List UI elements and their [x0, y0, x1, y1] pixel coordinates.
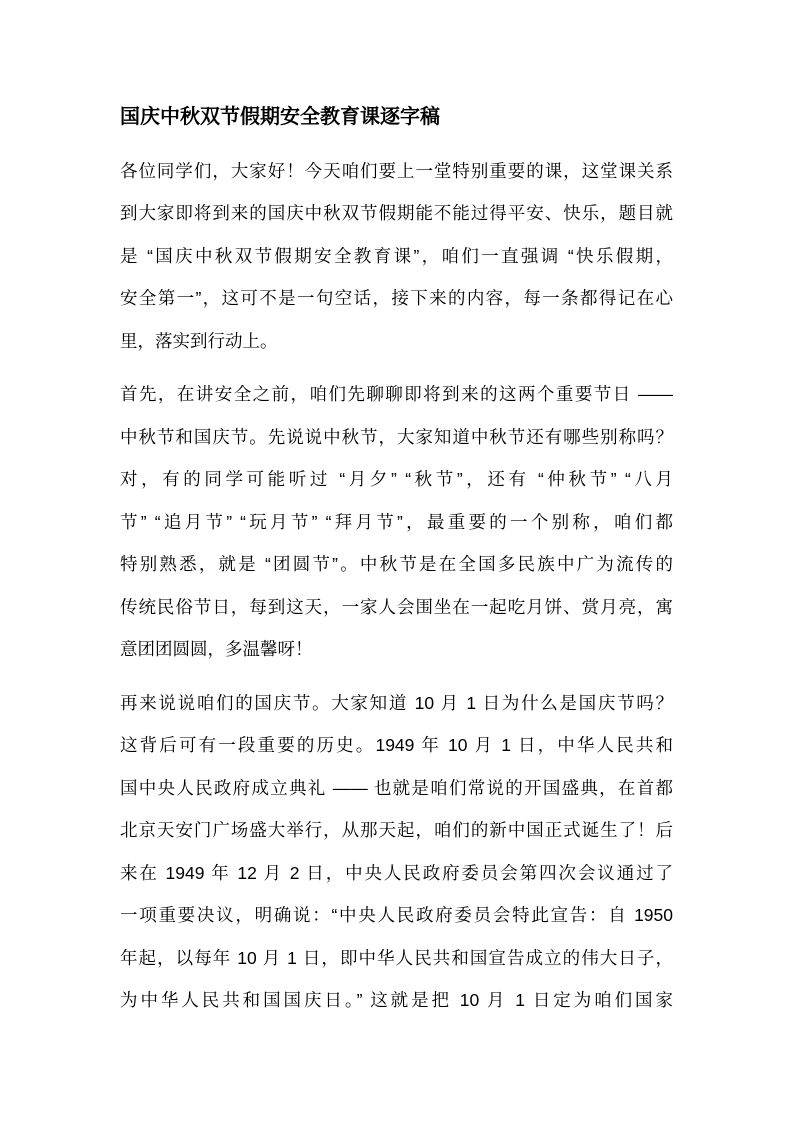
document-page: 国庆中秋双节假期安全教育课逐字稿 各位同学们，大家好！今天咱们要上一堂特别重要的… [0, 0, 793, 1122]
text-line: 再来说说咱们的国庆节。大家知道 10 月 1 日为什么是国庆节吗？ [120, 682, 673, 725]
text-line: 里，落实到行动上。 [120, 320, 673, 363]
text-line: 特别熟悉，就是 “团圆节”。中秋节是在全国多民族中广为流传的 [120, 543, 673, 586]
text-line: 首先，在讲安全之前，咱们先聊聊即将到来的这两个重要节日 —— [120, 373, 673, 416]
text-line: 北京天安门广场盛大举行，从那天起，咱们的新中国正式诞生了！后 [120, 809, 673, 852]
text-line: 对，有的同学可能听过 “月夕” “秋节”，还有 “仲秋节” “八月 [120, 458, 673, 501]
text-line: 意团团圆圆，多温馨呀！ [120, 628, 673, 671]
text-line: 中秋节和国庆节。先说说中秋节，大家知道中秋节还有哪些别称吗？ [120, 416, 673, 459]
paragraph: 各位同学们，大家好！今天咱们要上一堂特别重要的课，这堂课关系到大家即将到来的国庆… [120, 150, 673, 363]
text-line: 来在 1949 年 12 月 2 日，中央人民政府委员会第四次会议通过了 [120, 852, 673, 895]
text-line: 各位同学们，大家好！今天咱们要上一堂特别重要的课，这堂课关系 [120, 150, 673, 193]
text-line: 到大家即将到来的国庆中秋双节假期能不能过得平安、快乐，题目就 [120, 192, 673, 235]
text-line: 为中华人民共和国国庆日。” 这就是把 10 月 1 日定为咱们国家 [120, 979, 673, 1022]
text-line: 一项重要决议，明确说：“中央人民政府委员会特此宣告：自 1950 [120, 894, 673, 937]
document-title: 国庆中秋双节假期安全教育课逐字稿 [120, 96, 673, 139]
text-line: 传统民俗节日，每到这天，一家人会围坐在一起吃月饼、赏月亮，寓 [120, 586, 673, 629]
text-line: 节” “追月节” “玩月节” “拜月节”，最重要的一个别称，咱们都 [120, 501, 673, 544]
text-line: 国中央人民政府成立典礼 —— 也就是咱们常说的开国盛典，在首都 [120, 767, 673, 810]
text-line: 年起，以每年 10 月 1 日，即中华人民共和国宣告成立的伟大日子， [120, 937, 673, 980]
paragraph: 再来说说咱们的国庆节。大家知道 10 月 1 日为什么是国庆节吗？这背后可有一段… [120, 682, 673, 1022]
text-line: 是 “国庆中秋双节假期安全教育课”，咱们一直强调 “快乐假期， [120, 235, 673, 278]
text-line: 这背后可有一段重要的历史。1949 年 10 月 1 日，中华人民共和 [120, 724, 673, 767]
paragraph: 首先，在讲安全之前，咱们先聊聊即将到来的这两个重要节日 ——中秋节和国庆节。先说… [120, 373, 673, 671]
text-line: 安全第一”，这可不是一句空话，接下来的内容，每一条都得记在心 [120, 277, 673, 320]
document-body: 各位同学们，大家好！今天咱们要上一堂特别重要的课，这堂课关系到大家即将到来的国庆… [120, 150, 673, 1022]
